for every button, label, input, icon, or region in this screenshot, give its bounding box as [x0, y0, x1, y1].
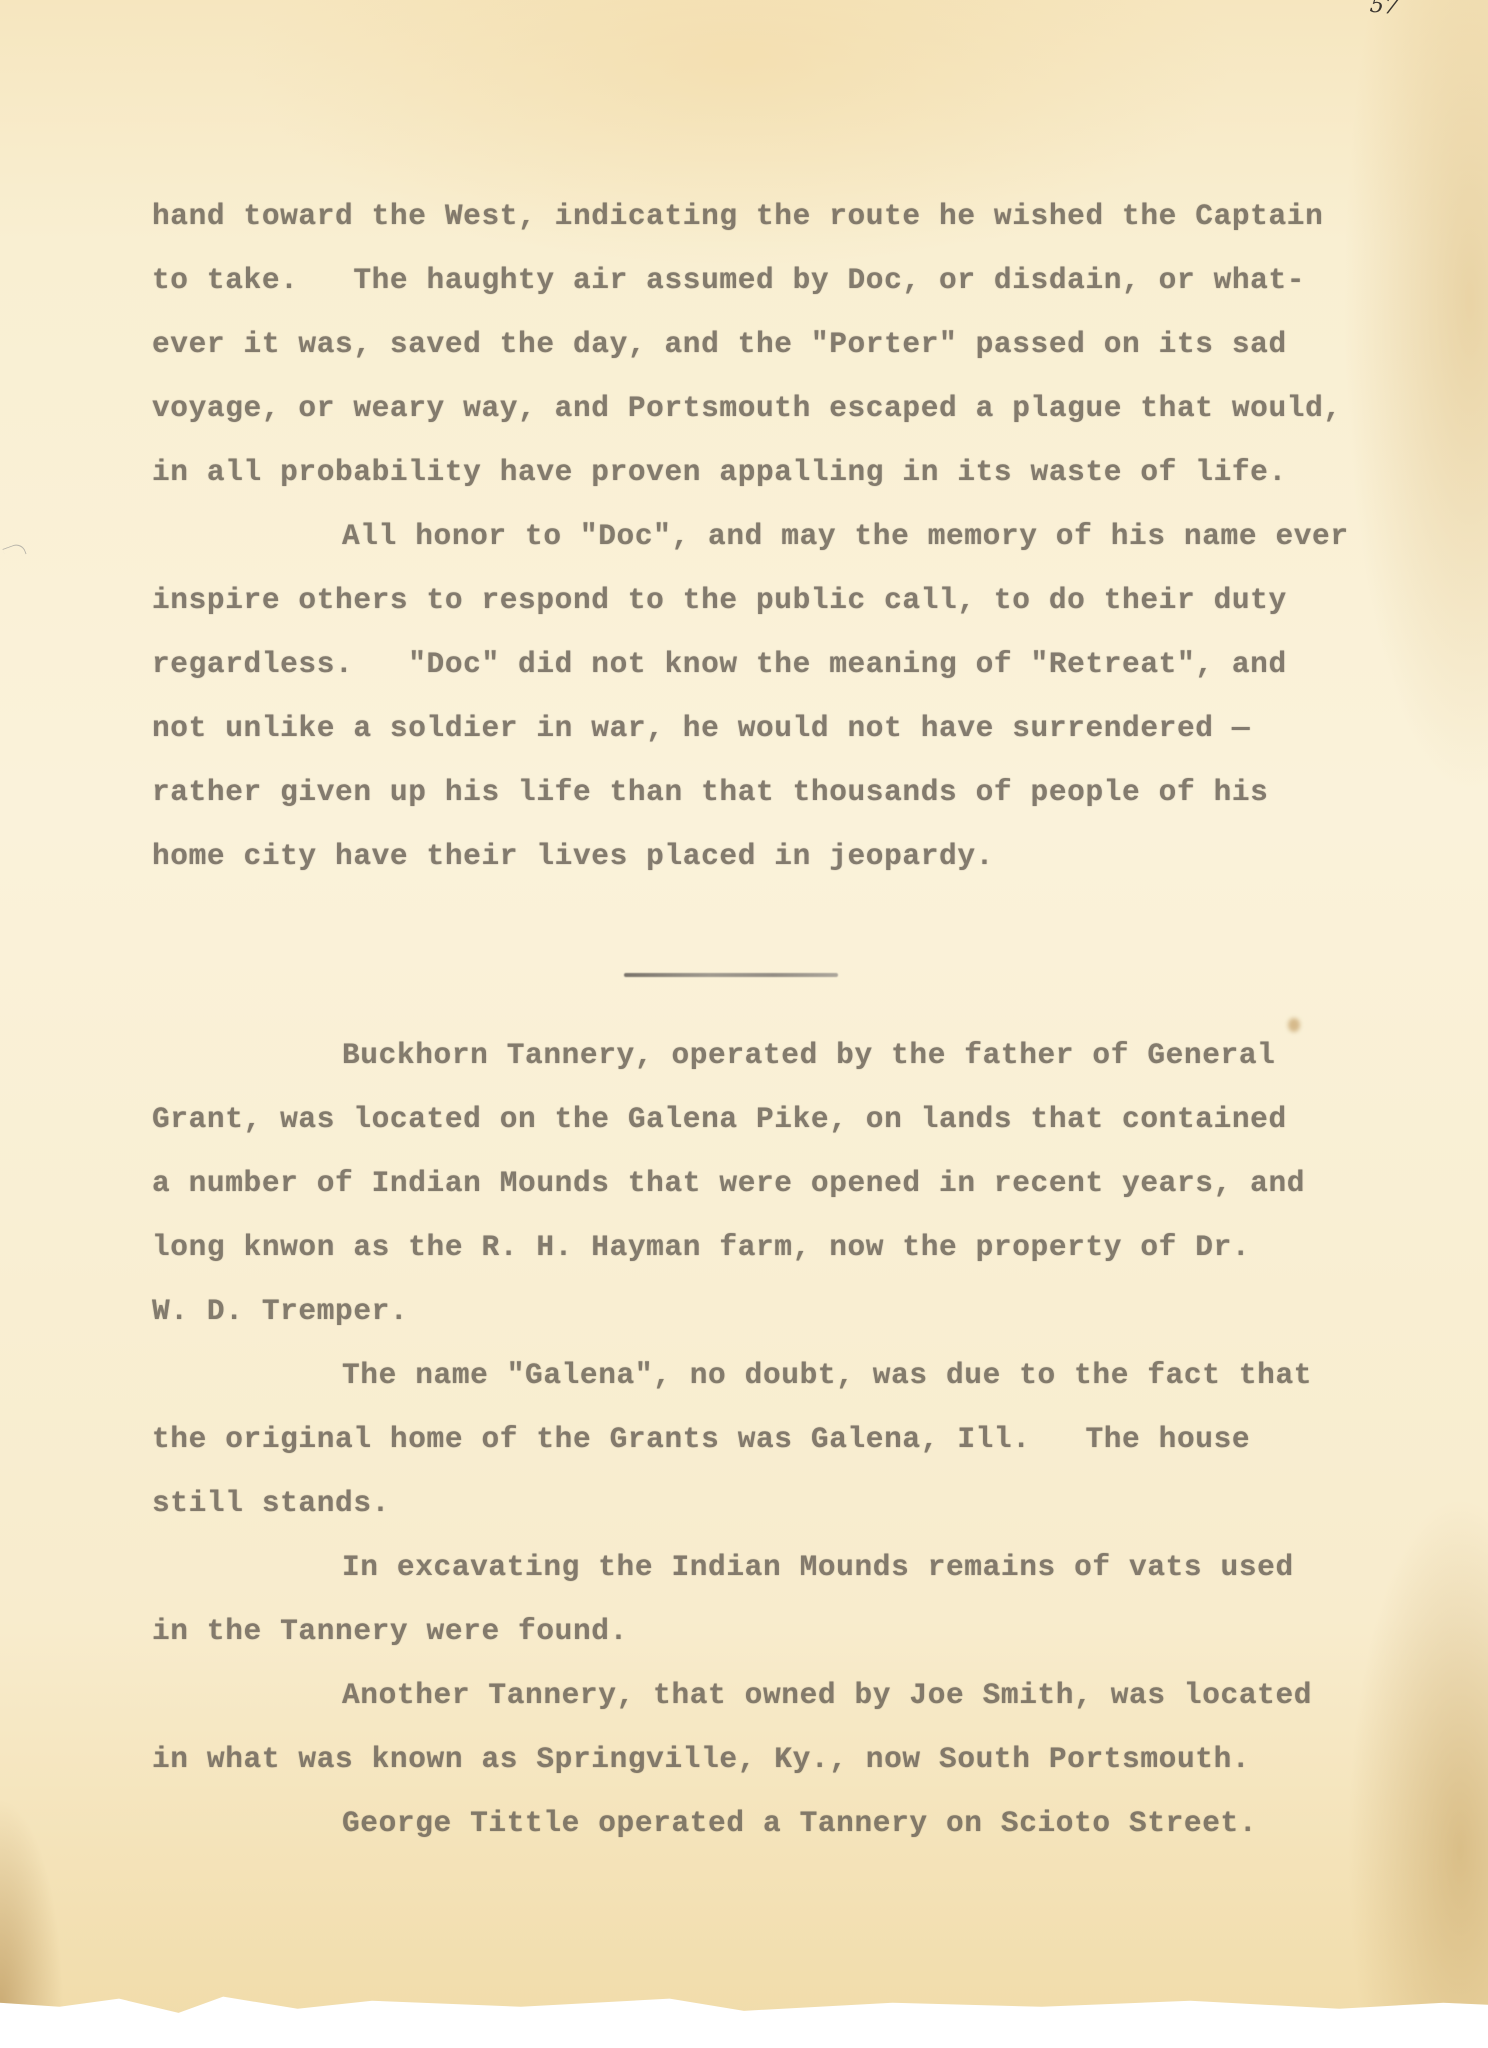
page-number: 57: [1369, 0, 1399, 20]
text-line: a number of Indian Mounds that were open…: [152, 1169, 1305, 1199]
text-line: ever it was, saved the day, and the "Por…: [152, 330, 1287, 360]
text-line: hand toward the West, indicating the rou…: [152, 202, 1323, 232]
text-line: W. D. Tremper.: [152, 1297, 408, 1327]
text-line: Another Tannery, that owned by Joe Smith…: [342, 1681, 1312, 1711]
text-line: long knwon as the R. H. Hayman farm, now…: [152, 1233, 1250, 1263]
text-line: home city have their lives placed in jeo…: [152, 842, 994, 872]
paper-stain: [1288, 1018, 1300, 1032]
text-line: the original home of the Grants was Gale…: [152, 1425, 1250, 1455]
text-line: inspire others to respond to the public …: [152, 586, 1287, 616]
text-line: in what was known as Springville, Ky., n…: [152, 1745, 1250, 1775]
text-line: in all probability have proven appalling…: [152, 458, 1287, 488]
text-line: All honor to "Doc", and may the memory o…: [342, 522, 1349, 552]
text-line: to take. The haughty air assumed by Doc,…: [152, 266, 1305, 296]
text-line: Grant, was located on the Galena Pike, o…: [152, 1105, 1287, 1135]
text-line: still stands.: [152, 1489, 390, 1519]
paper-page: [0, 0, 1488, 2025]
text-line: not unlike a soldier in war, he would no…: [152, 714, 1250, 744]
text-line: The name "Galena", no doubt, was due to …: [342, 1361, 1312, 1391]
text-line: in the Tannery were found.: [152, 1617, 628, 1647]
section-divider: [624, 973, 838, 977]
text-line: In excavating the Indian Mounds remains …: [342, 1553, 1294, 1583]
text-line: voyage, or weary way, and Portsmouth esc…: [152, 394, 1342, 424]
text-line: rather given up his life than that thous…: [152, 778, 1268, 808]
text-line: Buckhorn Tannery, operated by the father…: [342, 1041, 1275, 1071]
text-line: regardless. "Doc" did not know the meani…: [152, 650, 1287, 680]
text-line: George Tittle operated a Tannery on Scio…: [342, 1809, 1257, 1839]
